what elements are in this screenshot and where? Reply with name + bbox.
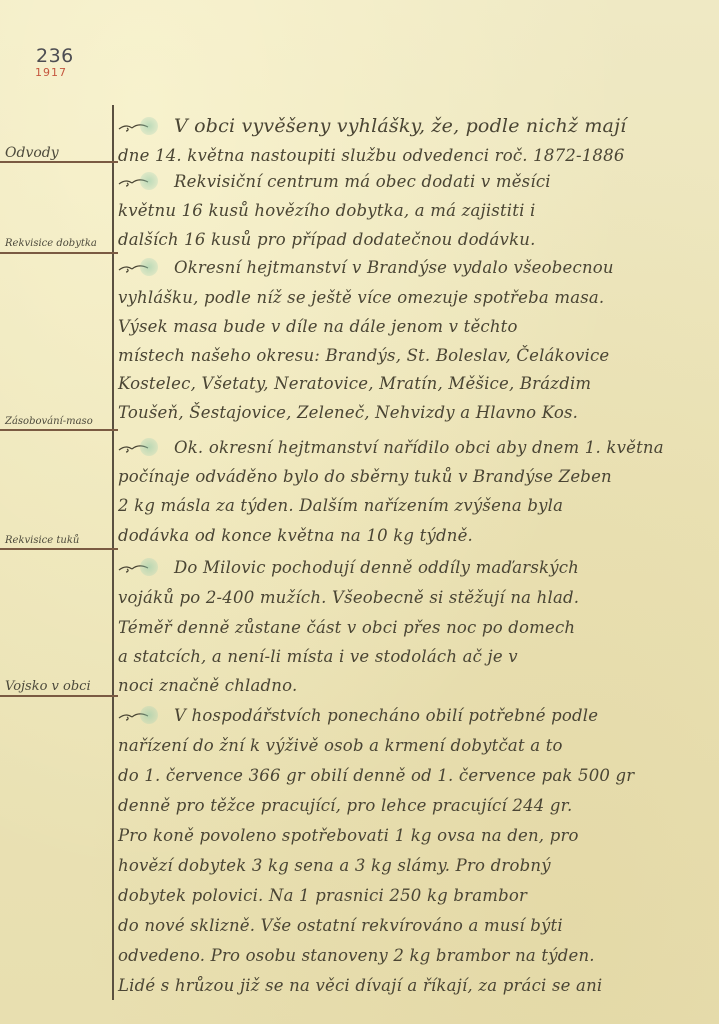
green-stamp-icon bbox=[140, 558, 158, 576]
entry-marker-icon bbox=[118, 560, 170, 578]
green-stamp-icon bbox=[140, 172, 158, 190]
entry-line: 2 kg másla za týden. Dalším nařízením zv… bbox=[118, 496, 563, 515]
entry-line: odvedeno. Pro osobu stanoveny 2 kg bramb… bbox=[118, 946, 595, 965]
entry-marker-icon bbox=[118, 174, 170, 192]
green-stamp-icon bbox=[140, 117, 158, 135]
entry-text: vojáků po 2-400 mužích. Všeobecně si stě… bbox=[118, 588, 579, 607]
entry-text: a statcích, a není-li místa i ve stodolá… bbox=[118, 647, 518, 666]
margin-note-underline bbox=[0, 252, 118, 254]
entry-line: Téměř denně zůstane část v obci přes noc… bbox=[118, 618, 575, 637]
entry-line: místech našeho okresu: Brandýs, St. Bole… bbox=[118, 346, 609, 365]
margin-note-rekvisice-dobytka: Rekvisice dobytka bbox=[2, 237, 112, 251]
entry-text: V obci vyvěšeny vyhlášky, že, podle nich… bbox=[174, 115, 626, 137]
entry-text: 2 kg másla za týden. Dalším nařízením zv… bbox=[118, 496, 563, 515]
entry-line: dne 14. května nastoupiti službu odveden… bbox=[118, 146, 625, 165]
entry-text: denně pro těžce pracující, pro lehce pra… bbox=[118, 796, 572, 815]
entry-text: do 1. července 366 gr obilí denně od 1. … bbox=[118, 766, 634, 785]
entry-marker-icon bbox=[118, 440, 170, 458]
green-stamp-icon bbox=[140, 706, 158, 724]
entry-text: dobytek polovici. Na 1 prasnici 250 kg b… bbox=[118, 886, 527, 905]
margin-note-label: Rekvisice tuků bbox=[2, 534, 112, 548]
entry-marker-icon bbox=[118, 119, 170, 137]
ledger-page: 236 1917 Odvody Rekvisice dobytka Zásobo… bbox=[0, 0, 719, 1024]
entry-line: a statcích, a není-li místa i ve stodolá… bbox=[118, 647, 518, 666]
entry-text: místech našeho okresu: Brandýs, St. Bole… bbox=[118, 346, 609, 365]
entry-line: Okresní hejtmanství v Brandýse vydalo vš… bbox=[118, 258, 614, 278]
entry-text: Pro koně povoleno spotřebovati 1 kg ovsa… bbox=[118, 826, 579, 845]
entry-text: V hospodářstvích ponecháno obilí potřebn… bbox=[174, 706, 598, 725]
margin-note-odvody: Odvody bbox=[2, 146, 112, 160]
page-number: 236 bbox=[36, 45, 74, 67]
margin-rule bbox=[112, 105, 114, 1000]
entry-line: hovězí dobytek 3 kg sena a 3 kg slámy. P… bbox=[118, 856, 551, 875]
page-year: 1917 bbox=[35, 66, 67, 79]
entry-text: noci značně chladno. bbox=[118, 676, 297, 695]
entry-text: dne 14. května nastoupiti službu odveden… bbox=[118, 146, 625, 165]
entry-line: Toušeň, Šestajovice, Zeleneč, Nehvizdy a… bbox=[118, 403, 578, 422]
entry-text: Rekvisiční centrum má obec dodati v měsí… bbox=[174, 172, 551, 191]
entry-line: dalších 16 kusů pro případ dodatečnou do… bbox=[118, 230, 536, 249]
entry-line: V hospodářstvích ponecháno obilí potřebn… bbox=[118, 706, 598, 726]
margin-note-label: Zásobování-maso bbox=[2, 415, 112, 429]
entry-text: hovězí dobytek 3 kg sena a 3 kg slámy. P… bbox=[118, 856, 551, 875]
entry-text: Ok. okresní hejtmanství nařídilo obci ab… bbox=[174, 438, 664, 457]
margin-note-underline bbox=[0, 548, 118, 550]
green-stamp-icon bbox=[140, 438, 158, 456]
entry-text: nařízení do žní k výživě osob a krmení d… bbox=[118, 736, 563, 755]
entry-text: Téměř denně zůstane část v obci přes noc… bbox=[118, 618, 575, 637]
entry-marker-icon bbox=[118, 708, 170, 726]
entry-line: denně pro těžce pracující, pro lehce pra… bbox=[118, 796, 572, 815]
margin-note-label: Vojsko v obci bbox=[2, 680, 112, 694]
entry-line: dodávka od konce května na 10 kg týdně. bbox=[118, 526, 473, 545]
entry-line: vojáků po 2-400 mužích. Všeobecně si stě… bbox=[118, 588, 579, 607]
entry-text: květnu 16 kusů hovězího dobytka, a má za… bbox=[118, 201, 536, 220]
entry-line: dobytek polovici. Na 1 prasnici 250 kg b… bbox=[118, 886, 527, 905]
entry-line: nařízení do žní k výživě osob a krmení d… bbox=[118, 736, 563, 755]
entry-line: Do Milovic pochodují denně oddíly maďars… bbox=[118, 558, 579, 578]
entry-line: Výsek masa bude v díle na dále jenom v t… bbox=[118, 317, 518, 336]
margin-note-vojsko-v-obci: Vojsko v obci bbox=[2, 680, 112, 694]
entry-line: Ok. okresní hejtmanství nařídilo obci ab… bbox=[118, 438, 664, 458]
margin-note-label: Odvody bbox=[2, 146, 112, 160]
entry-text: do nové sklizně. Vše ostatní rekvírováno… bbox=[118, 916, 563, 935]
entry-line: do nové sklizně. Vše ostatní rekvírováno… bbox=[118, 916, 563, 935]
entry-line: do 1. července 366 gr obilí denně od 1. … bbox=[118, 766, 634, 785]
entry-line: Kostelec, Všetaty, Neratovice, Mratín, M… bbox=[118, 374, 591, 393]
entry-text: vyhlášku, podle níž se ještě více omezuj… bbox=[118, 288, 604, 307]
entry-line: noci značně chladno. bbox=[118, 676, 297, 695]
entry-text: dalších 16 kusů pro případ dodatečnou do… bbox=[118, 230, 536, 249]
entry-text: Toušeň, Šestajovice, Zeleneč, Nehvizdy a… bbox=[118, 403, 578, 422]
entry-text: Kostelec, Všetaty, Neratovice, Mratín, M… bbox=[118, 374, 591, 393]
entry-line: vyhlášku, podle níž se ještě více omezuj… bbox=[118, 288, 604, 307]
margin-note-zasobovani-maso: Zásobování-maso bbox=[2, 415, 112, 429]
margin-note-underline bbox=[0, 429, 118, 431]
margin-note-underline bbox=[0, 161, 118, 163]
entry-text: počínaje odváděno bylo do sběrny tuků v … bbox=[118, 467, 612, 486]
entry-text: odvedeno. Pro osobu stanoveny 2 kg bramb… bbox=[118, 946, 595, 965]
entry-text: Do Milovic pochodují denně oddíly maďars… bbox=[174, 558, 579, 577]
entry-line: V obci vyvěšeny vyhlášky, že, podle nich… bbox=[118, 115, 626, 137]
entry-text: Výsek masa bude v díle na dále jenom v t… bbox=[118, 317, 518, 336]
entry-line: Lidé s hrůzou již se na věci dívají a ří… bbox=[118, 976, 602, 995]
entry-line: květnu 16 kusů hovězího dobytka, a má za… bbox=[118, 201, 536, 220]
entry-line: Rekvisiční centrum má obec dodati v měsí… bbox=[118, 172, 551, 192]
entry-text: Okresní hejtmanství v Brandýse vydalo vš… bbox=[174, 258, 614, 277]
margin-note-underline bbox=[0, 695, 118, 697]
margin-note-rekvisice-tuku: Rekvisice tuků bbox=[2, 534, 112, 548]
entry-line: počínaje odváděno bylo do sběrny tuků v … bbox=[118, 467, 612, 486]
entry-marker-icon bbox=[118, 260, 170, 278]
entry-line: Pro koně povoleno spotřebovati 1 kg ovsa… bbox=[118, 826, 579, 845]
entry-text: dodávka od konce května na 10 kg týdně. bbox=[118, 526, 473, 545]
entry-text: Lidé s hrůzou již se na věci dívají a ří… bbox=[118, 976, 602, 995]
green-stamp-icon bbox=[140, 258, 158, 276]
margin-note-label: Rekvisice dobytka bbox=[2, 237, 112, 251]
